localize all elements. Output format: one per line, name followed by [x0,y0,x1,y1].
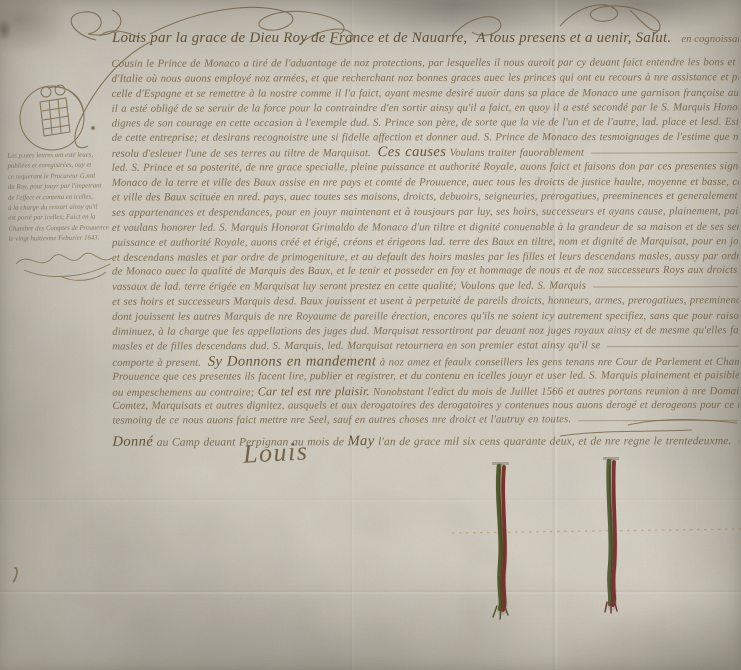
seal-cords [0,0,741,670]
seal-cord-left [492,462,509,619]
seal-cord-right [603,457,619,613]
parchment-document: Louis par la grace de Dieu Roy de France… [0,0,741,670]
